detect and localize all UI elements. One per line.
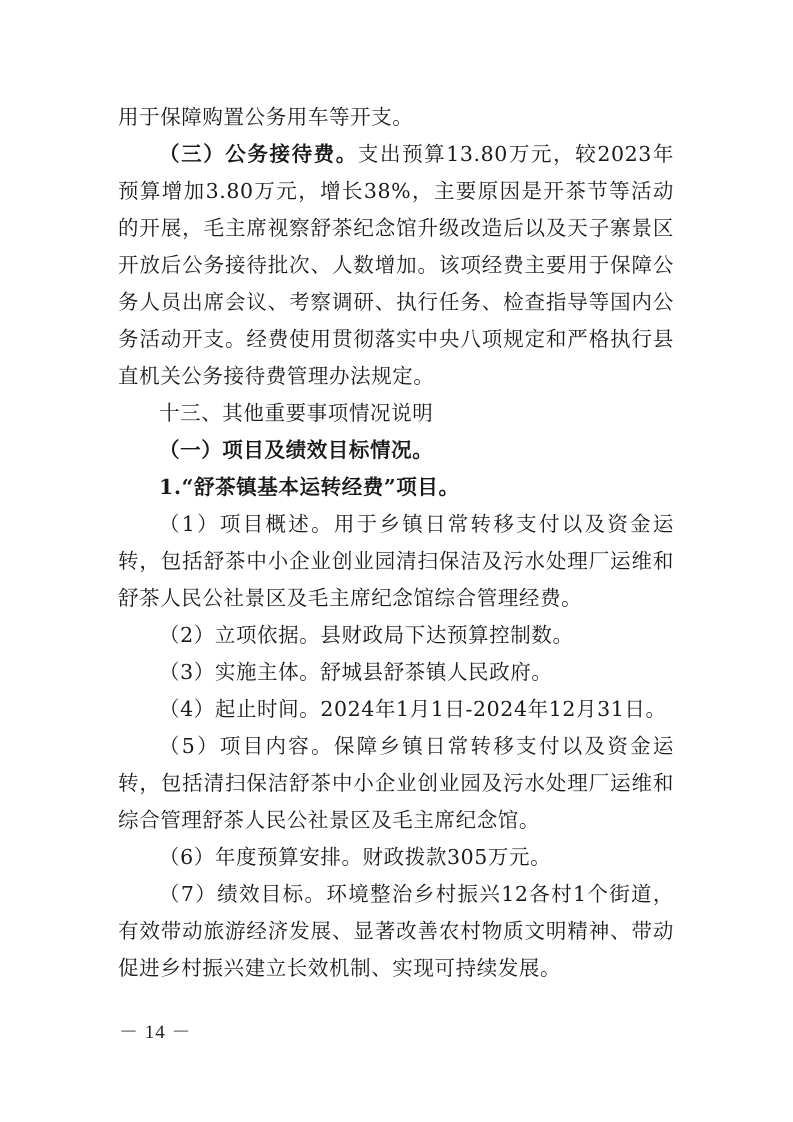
paragraph-text: （3）实施主体。舒城县舒茶镇人民政府。 bbox=[159, 660, 552, 684]
heading-text: 十三、其他重要事项情况说明 bbox=[159, 401, 433, 425]
item-performance-target: （7）绩效目标。环境整治乡村振兴12各村1个街道，有效带动旅游经济发展、显著改善… bbox=[118, 876, 674, 987]
heading-text: （一）项目及绩效目标情况。 bbox=[159, 438, 433, 462]
paragraph-text: 用于保障购置公务用车等开支。 bbox=[118, 105, 413, 129]
paragraph-text: （2）立项依据。县财政局下达预算控制数。 bbox=[159, 623, 574, 647]
item-time-period: （4）起止时间。2024年1月1日-2024年12月31日。 bbox=[118, 691, 674, 728]
section-heading-other-matters: 十三、其他重要事项情况说明 bbox=[118, 395, 674, 432]
item-annual-budget: （6）年度预算安排。财政拨款305万元。 bbox=[118, 839, 674, 876]
item-implementing-body: （3）实施主体。舒城县舒茶镇人民政府。 bbox=[118, 654, 674, 691]
subsection-heading-projects: （一）项目及绩效目标情况。 bbox=[118, 432, 674, 469]
paragraph-text: （7）绩效目标。环境整治乡村振兴12各村1个街道，有效带动旅游经济发展、显著改善… bbox=[118, 882, 674, 980]
paragraph-text: （5）项目内容。保障乡镇日常转移支付以及资金运转，包括清扫保洁舒茶中小企业创业园… bbox=[118, 734, 674, 832]
document-page: 用于保障购置公务用车等开支。 （三）公务接待费。支出预算13.80万元，较202… bbox=[0, 0, 793, 1122]
document-body: 用于保障购置公务用车等开支。 （三）公务接待费。支出预算13.80万元，较202… bbox=[118, 99, 674, 987]
item-project-overview: （1）项目概述。用于乡镇日常转移支付以及资金运转，包括舒茶中小企业创业园清扫保洁… bbox=[118, 506, 674, 617]
paragraph-text: 支出预算13.80万元，较2023年预算增加3.80万元，增长38%，主要原因是… bbox=[118, 142, 674, 388]
paragraph-text: （1）项目概述。用于乡镇日常转移支付以及资金运转，包括舒茶中小企业创业园清扫保洁… bbox=[118, 512, 674, 610]
project-heading-basic-operation: 1.“舒茶镇基本运转经费”项目。 bbox=[118, 469, 674, 506]
heading-text: 1.“舒茶镇基本运转经费”项目。 bbox=[159, 475, 460, 499]
paragraph-reception-fee: （三）公务接待费。支出预算13.80万元，较2023年预算增加3.80万元，增长… bbox=[118, 136, 674, 395]
item-project-basis: （2）立项依据。县财政局下达预算控制数。 bbox=[118, 617, 674, 654]
paragraph-text: （6）年度预算安排。财政拨款305万元。 bbox=[159, 845, 551, 869]
paragraph-text: （4）起止时间。2024年1月1日-2024年12月31日。 bbox=[159, 697, 667, 721]
section-lead-reception-fee: （三）公务接待费。 bbox=[159, 142, 358, 166]
page-number: － 14 － bbox=[119, 1017, 192, 1044]
item-project-content: （5）项目内容。保障乡镇日常转移支付以及资金运转，包括清扫保洁舒茶中小企业创业园… bbox=[118, 728, 674, 839]
paragraph-continuation: 用于保障购置公务用车等开支。 bbox=[118, 99, 674, 136]
